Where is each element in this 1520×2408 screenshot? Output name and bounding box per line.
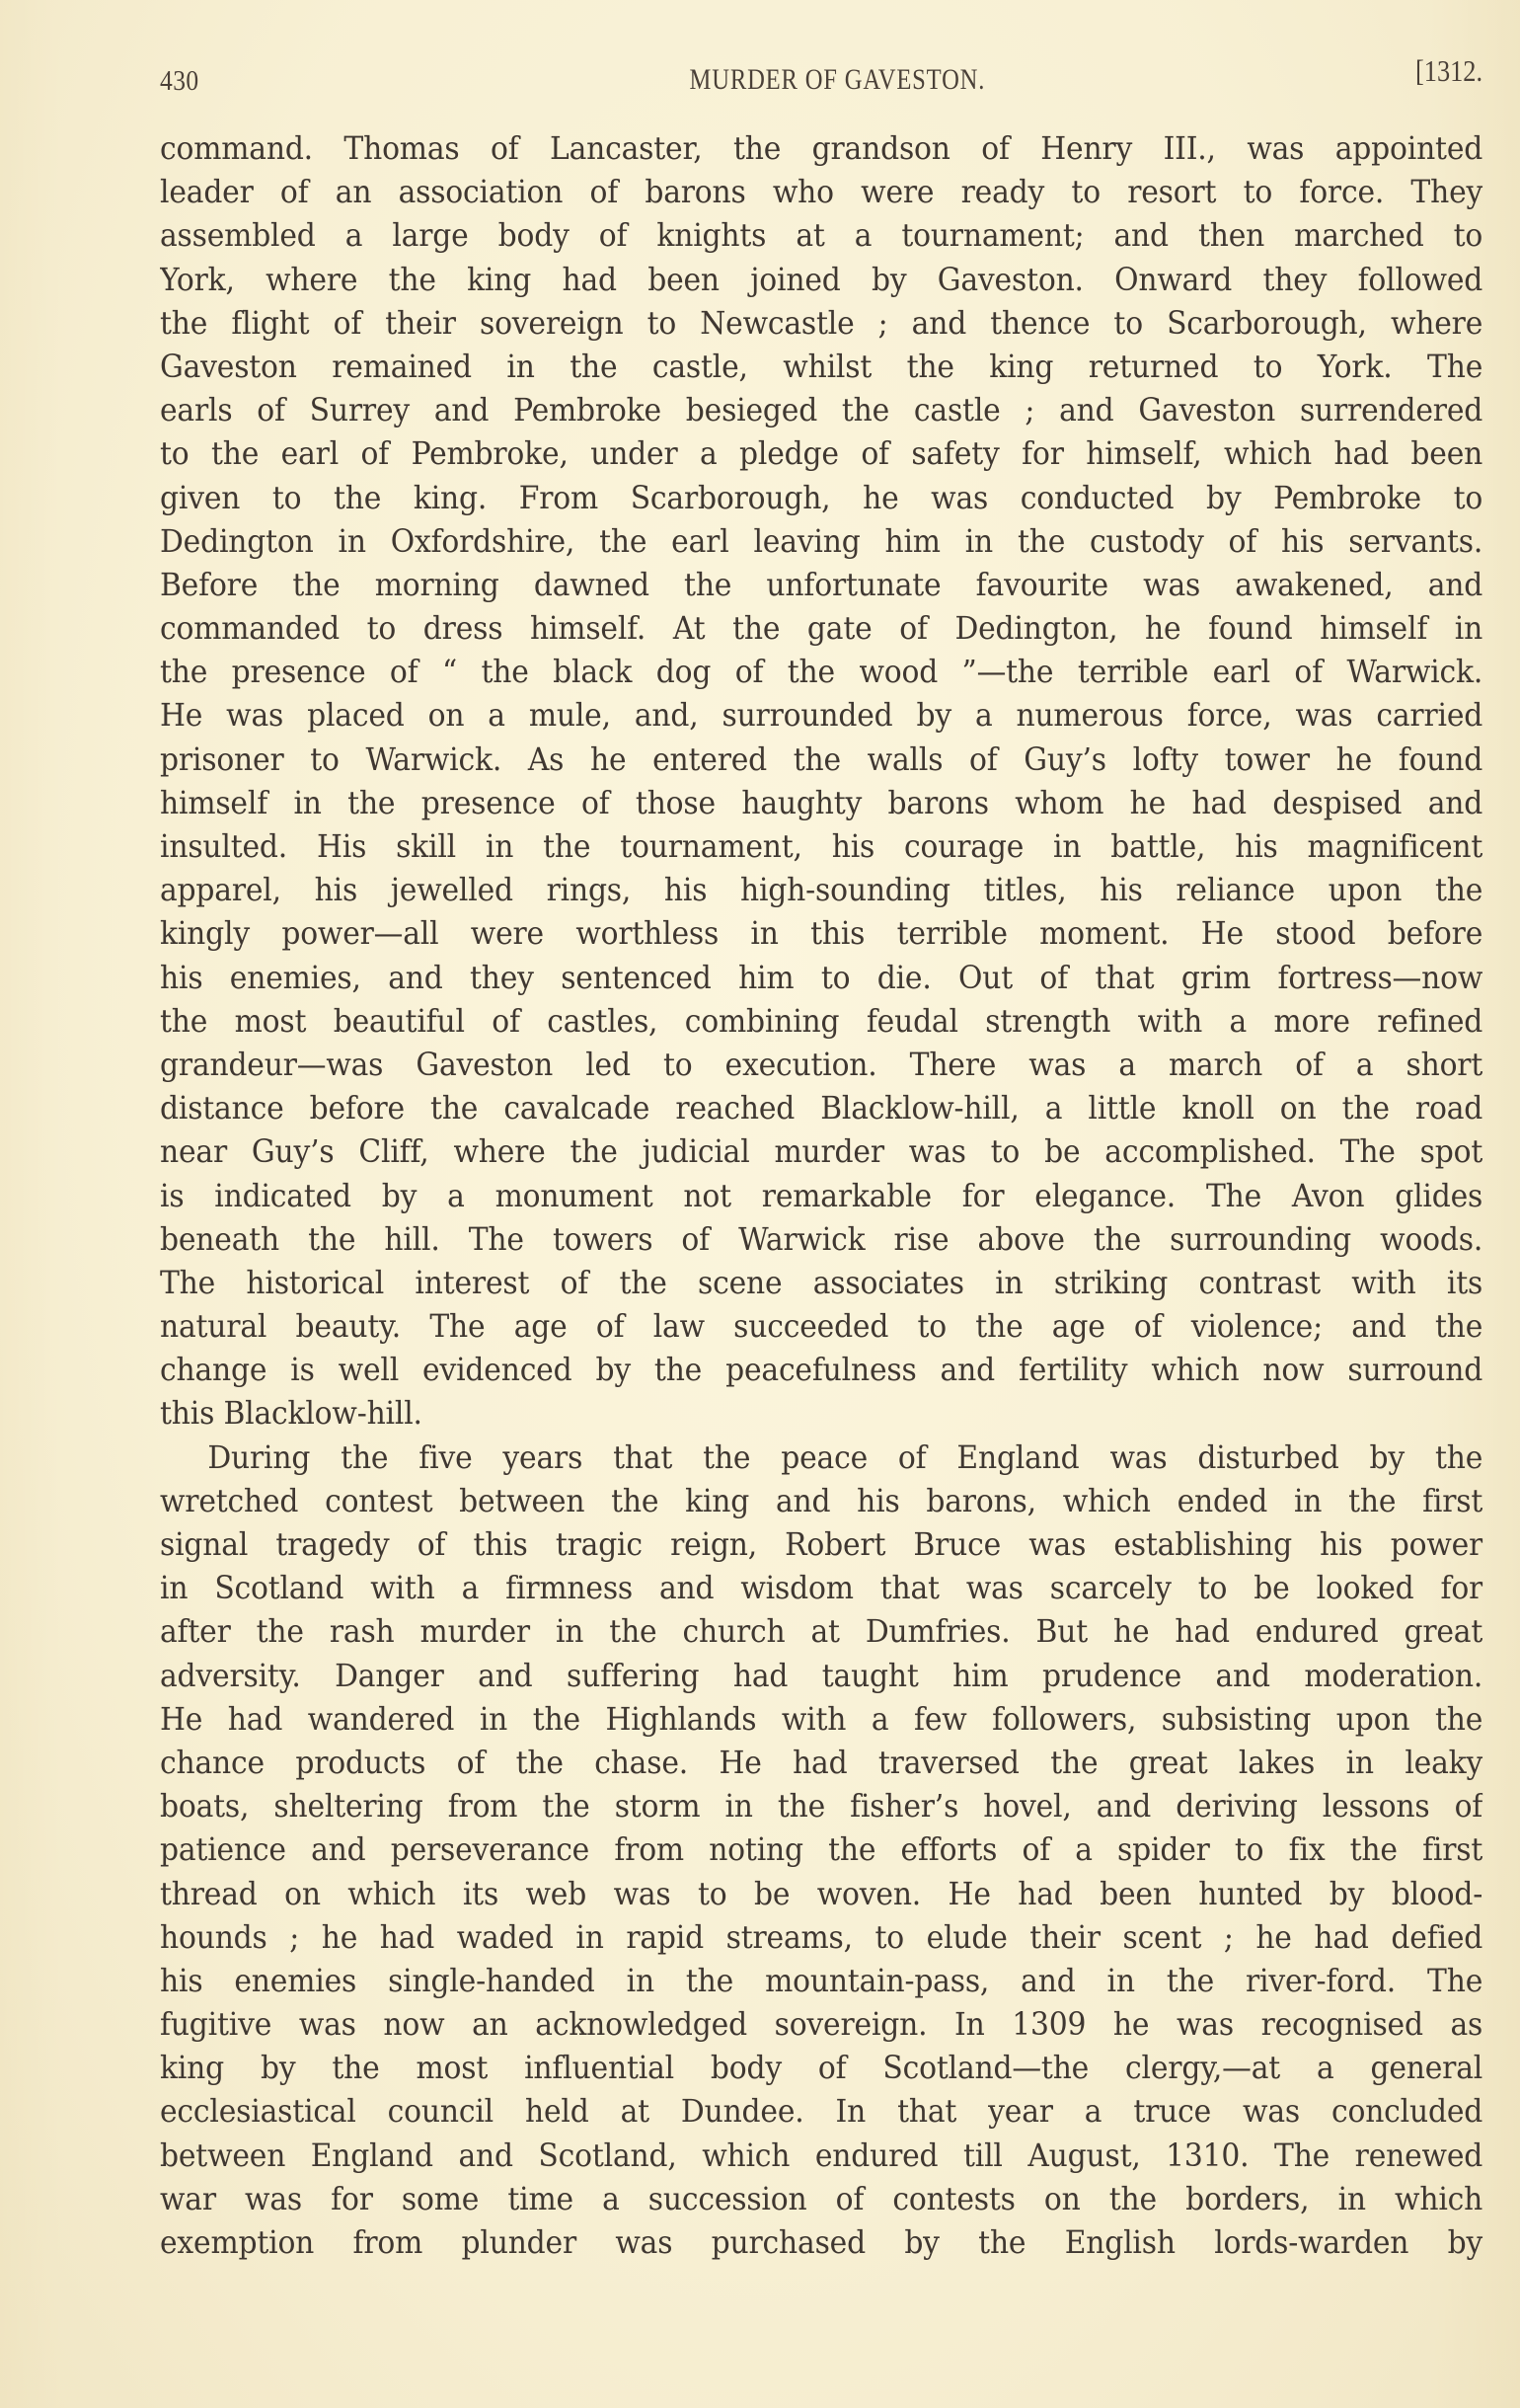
running-title: MURDER OF GAVESTON. <box>279 63 1364 97</box>
text-line: prisoner to Warwick. As he entered the w… <box>160 738 1482 781</box>
text-line: Before the morning dawned the unfortunat… <box>160 563 1482 606</box>
text-line: leader of an association of barons who w… <box>160 170 1482 213</box>
text-line: boats, sheltering from the storm in the … <box>160 1784 1482 1827</box>
text-line: to the earl of Pembroke, under a pledge … <box>160 431 1482 475</box>
text-line: thread on which its web was to be woven.… <box>160 1872 1482 1915</box>
text-line: insulted. His skill in the tournament, h… <box>160 824 1482 868</box>
text-line: He had wandered in the Highlands with a … <box>160 1697 1482 1741</box>
text-line: The historical interest of the scene ass… <box>160 1261 1482 1304</box>
text-line: near Guy’s Cliff, where the judicial mur… <box>160 1129 1482 1173</box>
text-line: between England and Scotland, which endu… <box>160 2134 1482 2177</box>
text-line: He was placed on a mule, and, surrounded… <box>160 693 1482 737</box>
text-line: this Blacklow-hill. <box>160 1391 1482 1435</box>
text-line: after the rash murder in the church at D… <box>160 1609 1482 1653</box>
text-line: earls of Surrey and Pembroke besieged th… <box>160 388 1482 431</box>
text-line: ecclesiastical council held at Dundee. I… <box>160 2089 1482 2133</box>
text-line: the most beautiful of castles, combining… <box>160 999 1482 1043</box>
text-line: kingly power—all were worthless in this … <box>160 911 1482 955</box>
text-line: distance before the cavalcade reached Bl… <box>160 1086 1482 1129</box>
text-line: king by the most influential body of Sco… <box>160 2046 1482 2089</box>
text-line: himself in the presence of those haughty… <box>160 781 1482 824</box>
text-line: exemption from plunder was purchased by … <box>160 2220 1482 2264</box>
text-line: grandeur—was Gaveston led to execution. … <box>160 1043 1482 1086</box>
text-line: During the five years that the peace of … <box>160 1436 1482 1479</box>
text-line: beneath the hill. The towers of Warwick … <box>160 1217 1482 1261</box>
page-number: 430 <box>160 65 199 98</box>
text-line: in Scotland with a firmness and wisdom t… <box>160 1566 1482 1609</box>
text-line: his enemies, and they sentenced him to d… <box>160 956 1482 999</box>
text-line: chance products of the chase. He had tra… <box>160 1741 1482 1784</box>
text-line: war was for some time a succession of co… <box>160 2177 1482 2220</box>
paragraph-1: command. Thomas of Lancaster, the grands… <box>160 126 1482 1436</box>
text-line: adversity. Danger and suffering had taug… <box>160 1654 1482 1697</box>
text-line: York, where the king had been joined by … <box>160 258 1482 301</box>
running-head: 430 MURDER OF GAVESTON. [1312. <box>160 61 1482 101</box>
text-line: natural beauty. The age of law succeeded… <box>160 1304 1482 1348</box>
text-line: fugitive was now an acknowledged soverei… <box>160 2002 1482 2046</box>
text-line: patience and perseverance from noting th… <box>160 1827 1482 1871</box>
text-line: the flight of their sovereign to Newcast… <box>160 301 1482 345</box>
text-line: wretched contest between the king and hi… <box>160 1479 1482 1522</box>
year-marker: [1312. <box>1415 53 1482 89</box>
text-line: Gaveston remained in the castle, whilst … <box>160 345 1482 388</box>
text-line: command. Thomas of Lancaster, the grands… <box>160 126 1482 170</box>
book-page: 430 MURDER OF GAVESTON. [1312. command. … <box>0 0 1520 2408</box>
text-line: hounds ; he had waded in rapid streams, … <box>160 1915 1482 1959</box>
paragraph-2: During the five years that the peace of … <box>160 1436 1482 2265</box>
text-line: assembled a large body of knights at a t… <box>160 213 1482 257</box>
text-line: the presence of “ the black dog of the w… <box>160 650 1482 693</box>
text-line: is indicated by a monument not remarkabl… <box>160 1174 1482 1217</box>
text-line: commanded to dress himself. At the gate … <box>160 606 1482 650</box>
text-line: Dedington in Oxfordshire, the earl leavi… <box>160 519 1482 563</box>
text-line: change is well evidenced by the peaceful… <box>160 1348 1482 1391</box>
text-line: signal tragedy of this tragic reign, Rob… <box>160 1522 1482 1566</box>
text-line: his enemies single-handed in the mountai… <box>160 1959 1482 2002</box>
text-line: apparel, his jewelled rings, his high-so… <box>160 868 1482 911</box>
text-line: given to the king. From Scarborough, he … <box>160 476 1482 519</box>
body-text: command. Thomas of Lancaster, the grands… <box>160 126 1482 2264</box>
